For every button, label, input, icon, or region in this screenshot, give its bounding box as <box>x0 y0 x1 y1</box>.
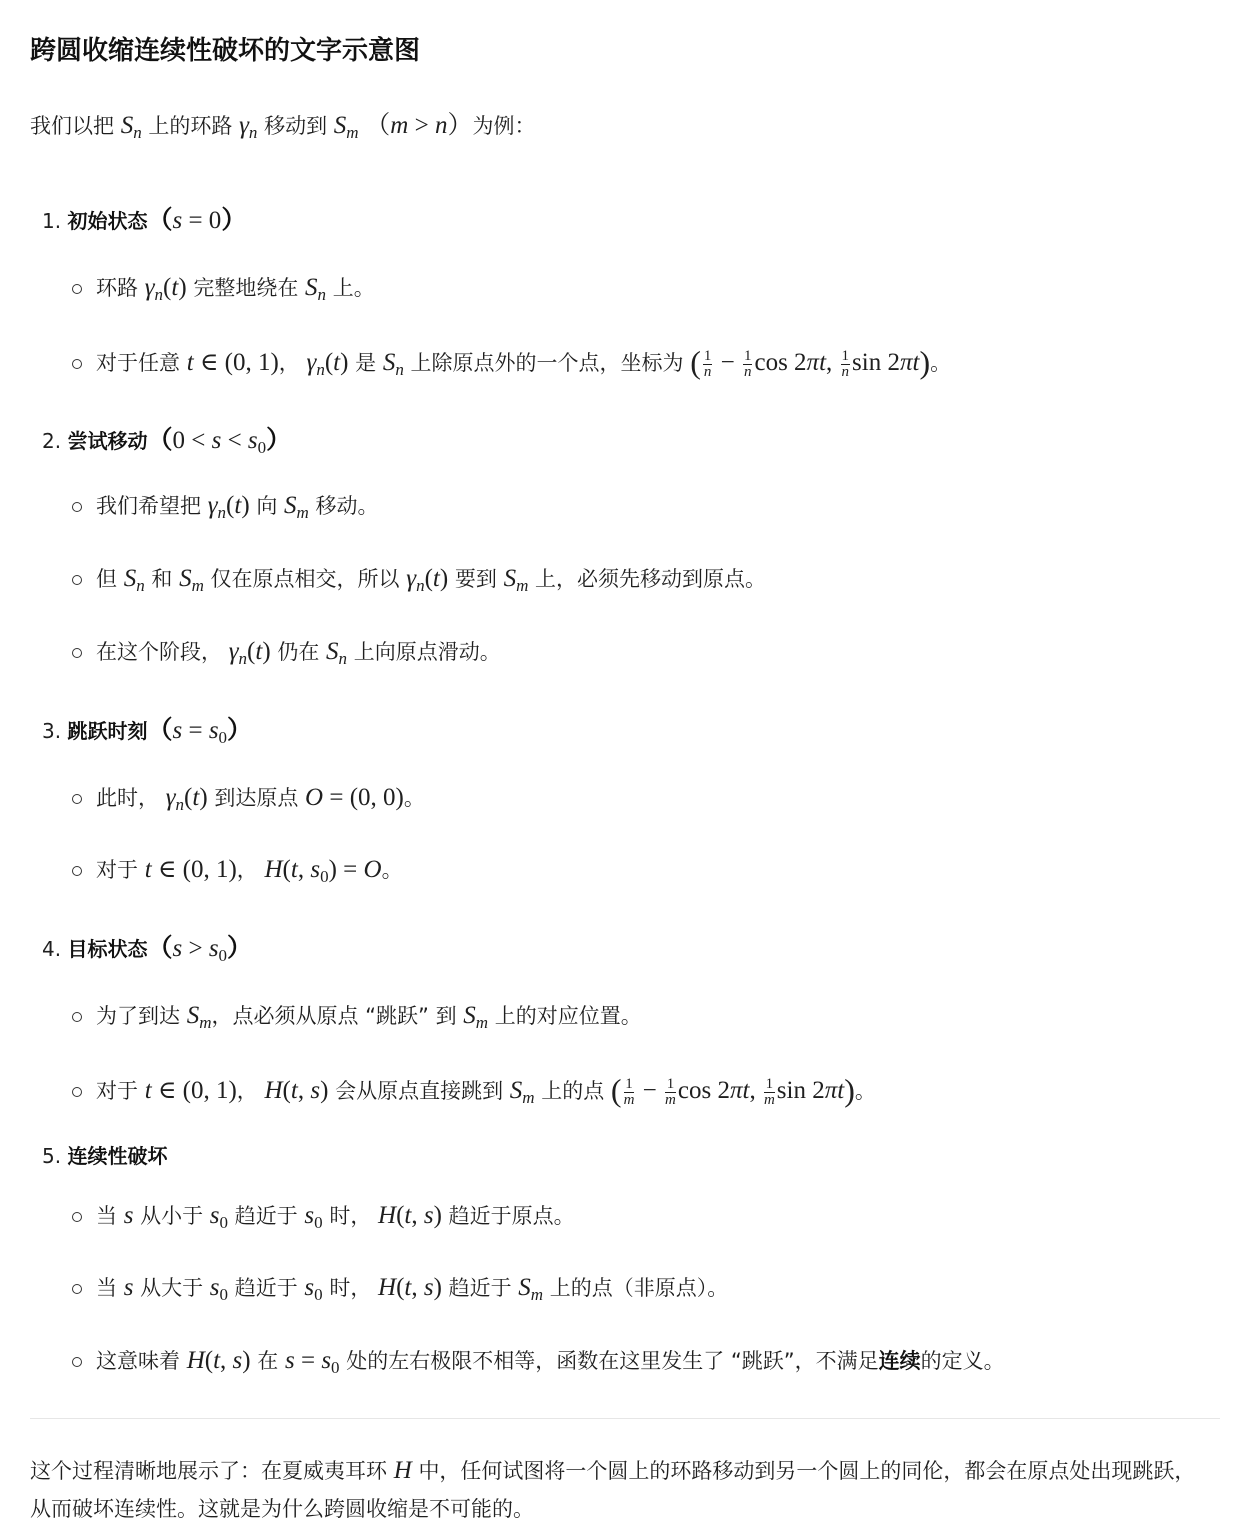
step-2-bullet-1: 我们希望把 γn(t) 向 Sm 移动。 <box>72 490 379 523</box>
bullet-icon <box>72 1087 82 1097</box>
bullet-icon <box>72 359 82 369</box>
step-5-bullet-2: 当 s 从大于 s0 趋近于 s0 时， H(t, s) 趋近于 Sm 上的点（… <box>72 1272 728 1305</box>
bullet-icon <box>72 648 82 658</box>
bullet-icon <box>72 1012 82 1022</box>
bullet-icon <box>72 502 82 512</box>
step-4-heading: 4. 目标状态（s > s0） <box>42 928 252 966</box>
step-2-heading: 2. 尝试移动（0 < s < s0） <box>42 420 291 458</box>
bullet-icon <box>72 866 82 876</box>
page-title: 跨圆收缩连续性破坏的文字示意图 <box>30 30 420 67</box>
intro-paragraph: 我们以把 Sn 上的环路 γn 移动到 Sm （m > n）为例： <box>30 105 535 143</box>
bullet-icon <box>72 794 82 804</box>
step-4-bullet-1: 为了到达 Sm，点必须从原点 “跳跃” 到 Sm 上的对应位置。 <box>72 1000 642 1033</box>
step-3-bullet-1: 此时， γn(t) 到达原点 O = (0, 0)。 <box>72 782 425 815</box>
step-5-bullet-1: 当 s 从小于 s0 趋近于 s0 时， H(t, s) 趋近于原点。 <box>72 1200 575 1233</box>
step-1-heading: 1. 初始状态（s = 0） <box>42 200 246 236</box>
step-3-heading: 3. 跳跃时刻（s = s0） <box>42 710 252 748</box>
step-5-bullet-3: 这意味着 H(t, s) 在 s = s0 处的左右极限不相等，函数在这里发生了… <box>72 1345 1005 1378</box>
bullet-icon <box>72 575 82 585</box>
bullet-icon <box>72 1284 82 1294</box>
step-5-heading: 5. 连续性破坏 <box>42 1140 167 1169</box>
step-3-bullet-2: 对于 t ∈ (0, 1)， H(t, s0) = O。 <box>72 854 403 887</box>
divider <box>30 1418 1220 1419</box>
bullet-icon <box>72 284 82 294</box>
conclusion-paragraph: 这个过程清晰地展示了：在夏威夷耳环 H 中，任何试图将一个圆上的环路移动到另一个… <box>30 1452 1210 1528</box>
step-4-bullet-2: 对于 t ∈ (0, 1)， H(t, s) 会从原点直接跳到 Sm 上的点 (… <box>72 1072 876 1109</box>
step-2-bullet-2: 但 Sn 和 Sm 仅在原点相交，所以 γn(t) 要到 Sm 上，必须先移动到… <box>72 563 766 596</box>
bullet-icon <box>72 1357 82 1367</box>
step-2-bullet-3: 在这个阶段， γn(t) 仍在 Sn 上向原点滑动。 <box>72 636 501 669</box>
step-1-bullet-2: 对于任意 t ∈ (0, 1)， γn(t) 是 Sn 上除原点外的一个点，坐标… <box>72 344 951 381</box>
bullet-icon <box>72 1212 82 1222</box>
step-1-bullet-1: 环路 γn(t) 完整地绕在 Sn 上。 <box>72 272 375 305</box>
